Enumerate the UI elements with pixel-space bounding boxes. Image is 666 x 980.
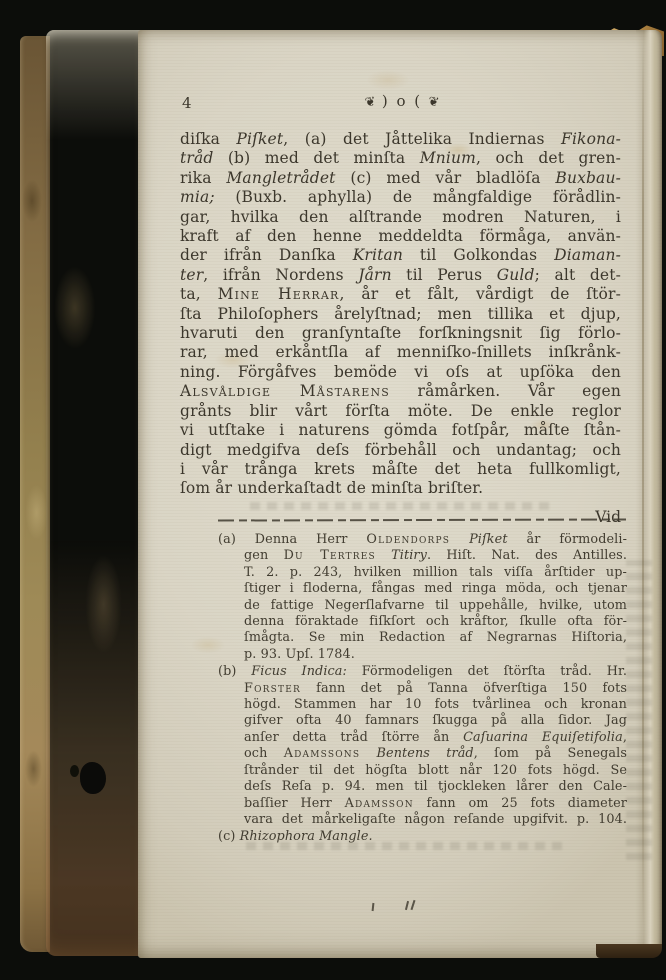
text-line: vi utſtake i naturens gömda fotſpår, måſ… xyxy=(180,421,621,440)
catchword: Vid xyxy=(180,508,621,526)
text-line: digt medgifva deſs förbehåll och undanta… xyxy=(180,441,621,460)
footnotes: (a) Denna Herr Oldendorps Piſket år förm… xyxy=(218,532,627,847)
text-line: T. 2. p. 243, hvilken million tals viſſa… xyxy=(218,565,627,581)
text-line: tråd (b) med det minſta Mnium, och det g… xyxy=(180,149,621,168)
text-line: (c) Rhizophora Mangle. xyxy=(218,829,627,845)
text-line: (b) Ficus Indica: Förmodeligen det ſtörſ… xyxy=(218,664,627,680)
footnote-b: (b) Ficus Indica: Förmodeligen det ſtörſ… xyxy=(218,664,627,828)
text-line: p. 93. Upſ. 1784. xyxy=(218,647,627,663)
text-line: grånts blir vårt förſta möte. De enkle r… xyxy=(180,402,621,421)
text-line: ta, Mine Herrar, år et fålt, vårdigt de … xyxy=(180,285,621,304)
text-line: mia; (Buxb. aphylla) de mångfaldige förå… xyxy=(180,188,621,207)
text-line: Forster fann det på Tanna öfverſtiga 150… xyxy=(218,681,627,697)
text-line: högd. Stammen har 10 fots tvårlinea och … xyxy=(218,697,627,713)
footnote-a: (a) Denna Herr Oldendorps Piſket år förm… xyxy=(218,532,627,663)
bleedthrough-smudge xyxy=(626,560,652,860)
text-line: Alsvåldige Måstarens råmårken. Vår egen xyxy=(180,382,621,401)
text-line: hvaruti den granſyntaſte forſkningsnit ſ… xyxy=(180,324,621,343)
text-line: (a) Denna Herr Oldendorps Piſket år förm… xyxy=(218,532,627,548)
ink-blot xyxy=(80,762,106,794)
text-line: ning. Förgåfves bemöde vi oſs at upſöka … xyxy=(180,363,621,382)
text-line: vara det mårkeligaſte någon reſande upgi… xyxy=(218,812,627,828)
header-ornament: ❦) o (❦ xyxy=(308,92,496,110)
text-line: baſſier Herr Adamsson fann om 25 fots di… xyxy=(218,796,627,812)
footnote-c: (c) Rhizophora Mangle. xyxy=(218,829,627,845)
text-line: gen Du Tertres Titiry. Hiſt. Nat. des An… xyxy=(218,548,627,564)
text-line: rar, med erkåntſla af menniſko-ſnillets … xyxy=(180,343,621,362)
text-line: ſom år underkaſtadt de minſta briſter. xyxy=(180,479,621,498)
text-line: i vår trånga krets måſte det heta fullko… xyxy=(180,460,621,479)
text-line: anſer detta tråd ſtörre ån Caſuarina Equ… xyxy=(218,730,627,746)
text-line: gifver ofta 40 famnars ſkugga på alla ſi… xyxy=(218,713,627,729)
text-line: ſmågta. Se min Redaction af Negrarnas Hi… xyxy=(218,630,627,646)
ink-blot-dot xyxy=(70,765,79,777)
fleuron-icon: ❦ xyxy=(364,94,377,110)
text-line: diſka Piſket, (a) det Jåttelika Indierna… xyxy=(180,130,621,149)
body-text: diſka Piſket, (a) det Jåttelika Indierna… xyxy=(180,130,621,499)
page-number: 4 xyxy=(182,94,193,112)
text-line: deſs Reſa p. 94. men til tjockleken låre… xyxy=(218,779,627,795)
text-line: ſtiger i floderna, fångas med ringa möda… xyxy=(218,581,627,597)
book-page: 4 ❦) o (❦ diſka Piſket, (a) det Jåttelik… xyxy=(138,30,662,958)
text-line: ſtrånder til det högſta blott når 120 fo… xyxy=(218,763,627,779)
fleuron-icon: ❦ xyxy=(427,94,440,111)
text-line: och Adamssons Bentens tråd, ſom på Seneg… xyxy=(218,746,627,762)
cover-edge-bottom-right xyxy=(596,944,662,958)
text-line: ter, ifrån Nordens Jårn til Perus Guld; … xyxy=(180,266,621,285)
text-line: gar, hvilka den alſtrande modren Naturen… xyxy=(180,208,621,227)
ornament-brackets: ) o ( xyxy=(376,92,428,110)
text-line: rika Mangletrådet (c) med vår bladlöſa B… xyxy=(180,169,621,188)
text-line: denna föraktade fiſkſort och kråftor, ſk… xyxy=(218,614,627,630)
text-line: der ifrån Danſka Kritan til Golkondas Di… xyxy=(180,246,621,265)
text-line: kraft af den henne meddeldta förmåga, an… xyxy=(180,227,621,246)
book-scan: 4 ❦) o (❦ diſka Piſket, (a) det Jåttelik… xyxy=(0,0,666,980)
page-header: 4 ❦) o (❦ xyxy=(180,92,622,116)
text-line: de fattige Negerſlafvarne til uppehålle,… xyxy=(218,598,627,614)
page-edges xyxy=(46,30,142,956)
text-line: ſta Philoſophers årelyſtnad; men tillika… xyxy=(180,305,621,324)
